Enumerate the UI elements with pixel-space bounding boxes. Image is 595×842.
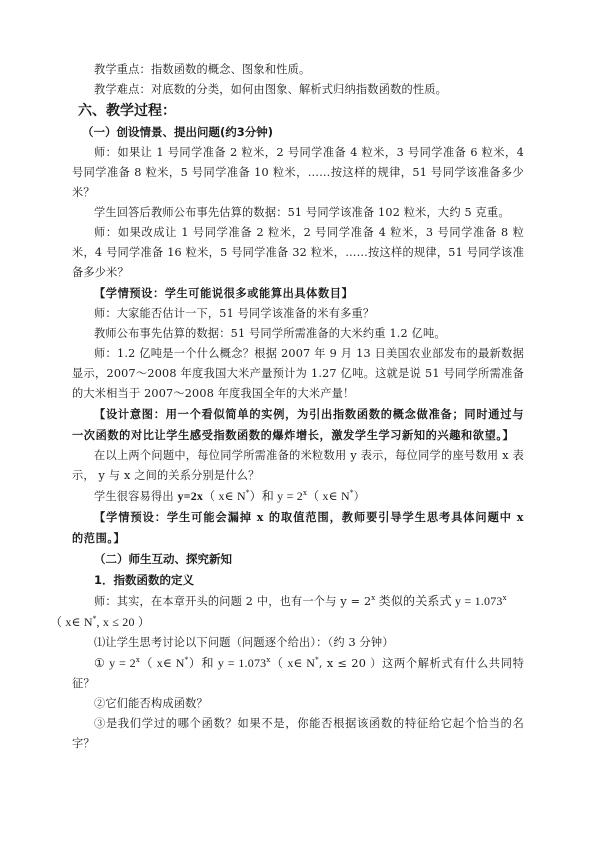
paragraph-8: 学生很容易得出 y=2x（ x∈ N*）和 y = 2x（ x∈ N*） — [72, 486, 524, 507]
paragraph-4: 师：大家能否估计一下，51 号同学该准备的米有多重？ — [72, 304, 524, 324]
question-2: ②它们能否构成函数？ — [72, 694, 524, 714]
section-title: 六、教学过程： — [78, 100, 524, 122]
paragraph-6: 师：1.2 亿吨是一个什么概念？根据 2007 年 9 月 13 日美国农业部发… — [72, 344, 524, 404]
document-page: 教学重点：指数函数的概念、图象和性质。 教学难点：对底数的分类，如何由图象、解析… — [72, 60, 524, 754]
teaching-difficulty: 教学难点：对底数的分类，如何由图象、解析式归纳指数函数的性质。 — [72, 80, 524, 100]
item-1-title: 1．指数函数的定义 — [94, 570, 524, 591]
paragraph-5: 教师公布事先估算的数据：51 号同学所需准备的大米约重 1.2 亿吨。 — [72, 324, 524, 344]
paragraph-7: 在以上两个问题中，每位同学所需准备的米粒数用 y 表示，每位同学的座号数用 x … — [72, 446, 524, 486]
paragraph-10: ⑴让学生思考讨论以下问题（问题逐个给出）：（约 3 分钟） — [72, 633, 524, 653]
design-note-1: 【学情预设：学生可能说很多或能算出具体数目】 — [72, 283, 524, 304]
design-intent-note: 【设计意图：用一个看似简单的实例，为引出指数函数的概念做准备；同时通过与一次函数… — [72, 404, 524, 446]
paragraph-9: 师：其实，在本章开头的问题 2 中，也有一个与 y = 2x 类似的关系式 y … — [72, 591, 524, 633]
subsection-2-title: （二）师生互动、探究新知 — [94, 549, 524, 570]
teaching-key-point: 教学重点：指数函数的概念、图象和性质。 — [72, 60, 524, 80]
paragraph-1: 师：如果让 1 号同学准备 2 粒米，2 号同学准备 4 粒米，3 号同学准备 … — [72, 143, 524, 203]
design-note-3: 【学情预设：学生可能会漏掉 x 的取值范围，教师要引导学生思考具体问题中 x 的… — [72, 507, 524, 549]
question-1: ① y = 2x（ x∈ N*）和 y = 1.073x（ x∈ N*, x ≤… — [72, 653, 524, 694]
question-3: ③是我们学过的哪个函数？如果不是，你能否根据该函数的特征给它起个恰当的名字？ — [72, 714, 524, 754]
paragraph-3: 师：如果改成让 1 号同学准备 2 粒米，2 号同学准备 4 粒米，3 号同学准… — [72, 223, 524, 283]
subsection-1-title: （一）创设情景、提出问题(约3分钟) — [82, 122, 524, 143]
paragraph-2: 学生回答后教师公布事先估算的数据：51 号同学该准备 102 粒米，大约 5 克… — [72, 203, 524, 223]
